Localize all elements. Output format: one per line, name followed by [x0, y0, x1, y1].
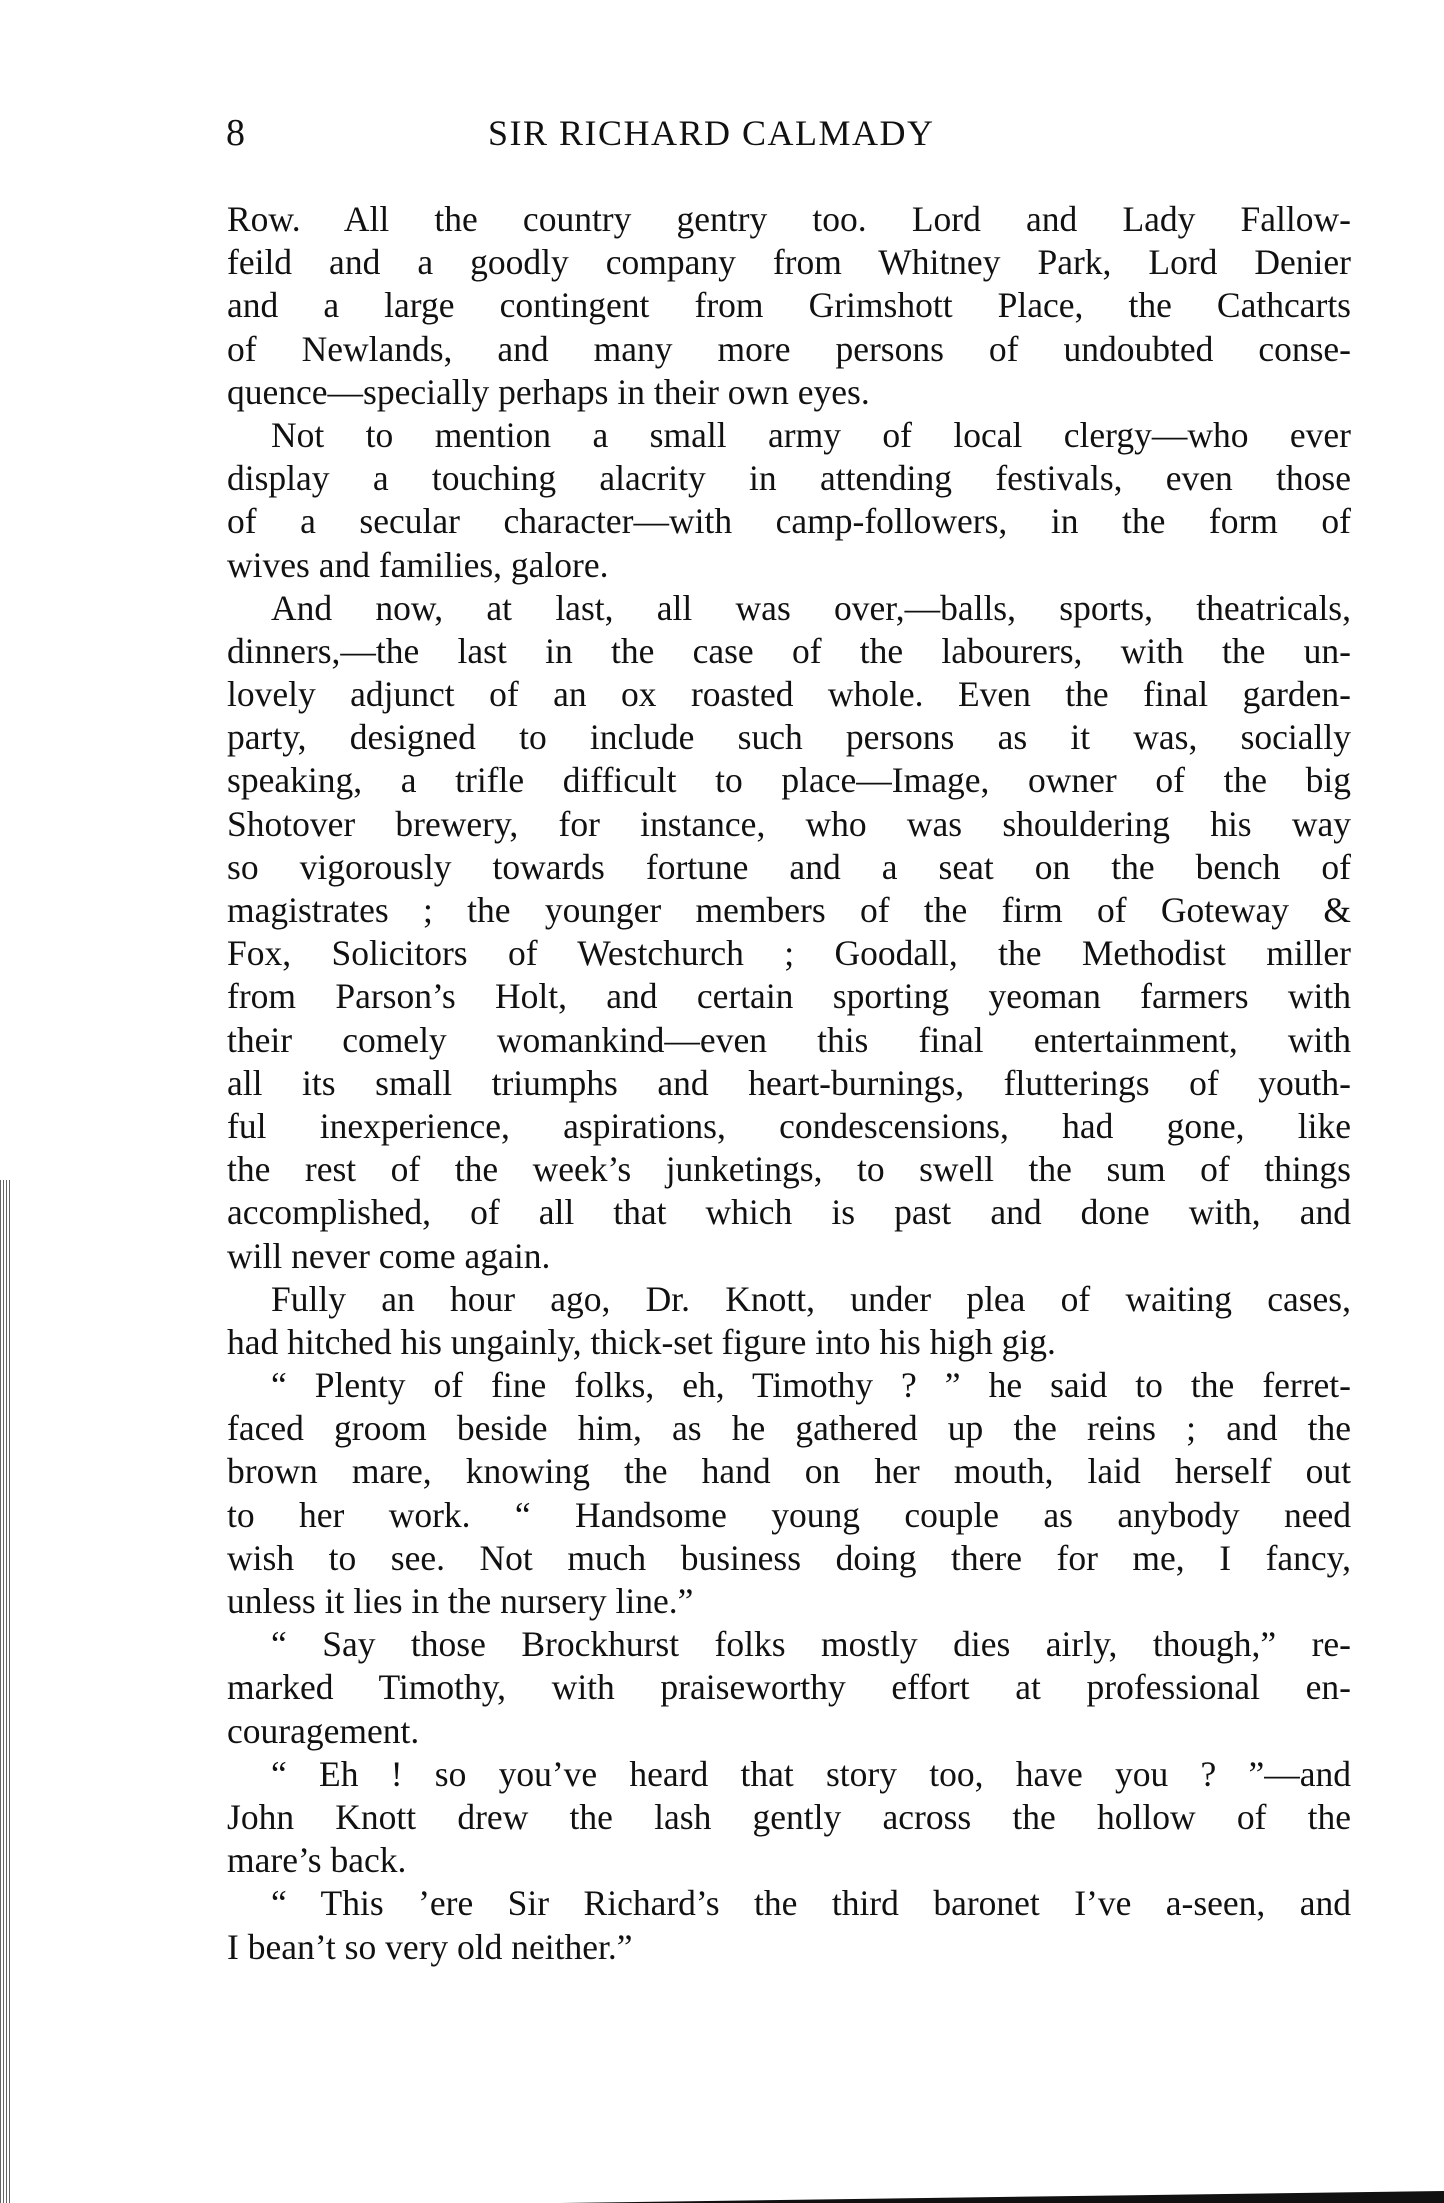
text-line: Shotover brewery, for instance, who was …	[227, 803, 1351, 846]
text-line: Not to mention a small army of local cle…	[227, 414, 1351, 457]
text-line: their comely womankind—even this final e…	[227, 1019, 1351, 1062]
page-number: 8	[226, 108, 245, 158]
text-line: “ Plenty of fine folks, eh, Timothy ? ” …	[227, 1364, 1351, 1407]
text-line: “ This ’ere Sir Richard’s the third baro…	[227, 1882, 1351, 1925]
text-line: unless it lies in the nursery line.”	[227, 1580, 1351, 1623]
text-line: wish to see. Not much business doing the…	[227, 1537, 1351, 1580]
text-line: couragement.	[227, 1710, 1351, 1753]
page-bottom-edge-shadow	[560, 2191, 1444, 2203]
text-line: feild and a goodly company from Whitney …	[227, 241, 1351, 284]
text-line: “ Eh ! so you’ve heard that story too, h…	[227, 1753, 1351, 1796]
binding-gutter-shadow	[0, 1180, 12, 2203]
text-line: party, designed to include such persons …	[227, 716, 1351, 759]
text-line: the rest of the week’s junketings, to sw…	[227, 1148, 1351, 1191]
text-line: Row. All the country gentry too. Lord an…	[227, 198, 1351, 241]
text-line: all its small triumphs and heart-burning…	[227, 1062, 1351, 1105]
text-line: faced groom beside him, as he gathered u…	[227, 1407, 1351, 1450]
text-line: dinners,—the last in the case of the lab…	[227, 630, 1351, 673]
running-header: 8 SIR RICHARD CALMADY	[226, 108, 1350, 158]
text-line: from Parson’s Holt, and certain sporting…	[227, 975, 1351, 1018]
text-line: And now, at last, all was over,—balls, s…	[227, 587, 1351, 630]
text-line: John Knott drew the lash gently across t…	[227, 1796, 1351, 1839]
text-line: lovely adjunct of an ox roasted whole. E…	[227, 673, 1351, 716]
running-title: SIR RICHARD CALMADY	[488, 108, 935, 158]
text-line: marked Timothy, with praiseworthy effort…	[227, 1666, 1351, 1709]
text-line: so vigorously towards fortune and a seat…	[227, 846, 1351, 889]
text-line: Fox, Solicitors of Westchurch ; Goodall,…	[227, 932, 1351, 975]
text-line: wives and families, galore.	[227, 544, 1351, 587]
text-line: of a secular character—with camp-followe…	[227, 500, 1351, 543]
text-line: mare’s back.	[227, 1839, 1351, 1882]
text-line: had hitched his ungainly, thick-set figu…	[227, 1321, 1351, 1364]
text-line: Fully an hour ago, Dr. Knott, under plea…	[227, 1278, 1351, 1321]
text-line: “ Say those Brockhurst folks mostly dies…	[227, 1623, 1351, 1666]
text-line: speaking, a trifle difficult to place—Im…	[227, 759, 1351, 802]
text-line: I bean’t so very old neither.”	[227, 1926, 1351, 1969]
text-line: ful inexperience, aspirations, condescen…	[227, 1105, 1351, 1148]
text-line: to her work. “ Handsome young couple as …	[227, 1494, 1351, 1537]
text-line: accomplished, of all that which is past …	[227, 1191, 1351, 1234]
body-text: Row. All the country gentry too. Lord an…	[227, 198, 1351, 1969]
book-page: 8 SIR RICHARD CALMADY Row. All the count…	[0, 0, 1444, 2203]
text-line: magistrates ; the younger members of the…	[227, 889, 1351, 932]
text-line: quence—specially perhaps in their own ey…	[227, 371, 1351, 414]
text-line: will never come again.	[227, 1235, 1351, 1278]
text-line: and a large contingent from Grimshott Pl…	[227, 284, 1351, 327]
text-line: brown mare, knowing the hand on her mout…	[227, 1450, 1351, 1493]
text-line: display a touching alacrity in attending…	[227, 457, 1351, 500]
text-line: of Newlands, and many more persons of un…	[227, 328, 1351, 371]
